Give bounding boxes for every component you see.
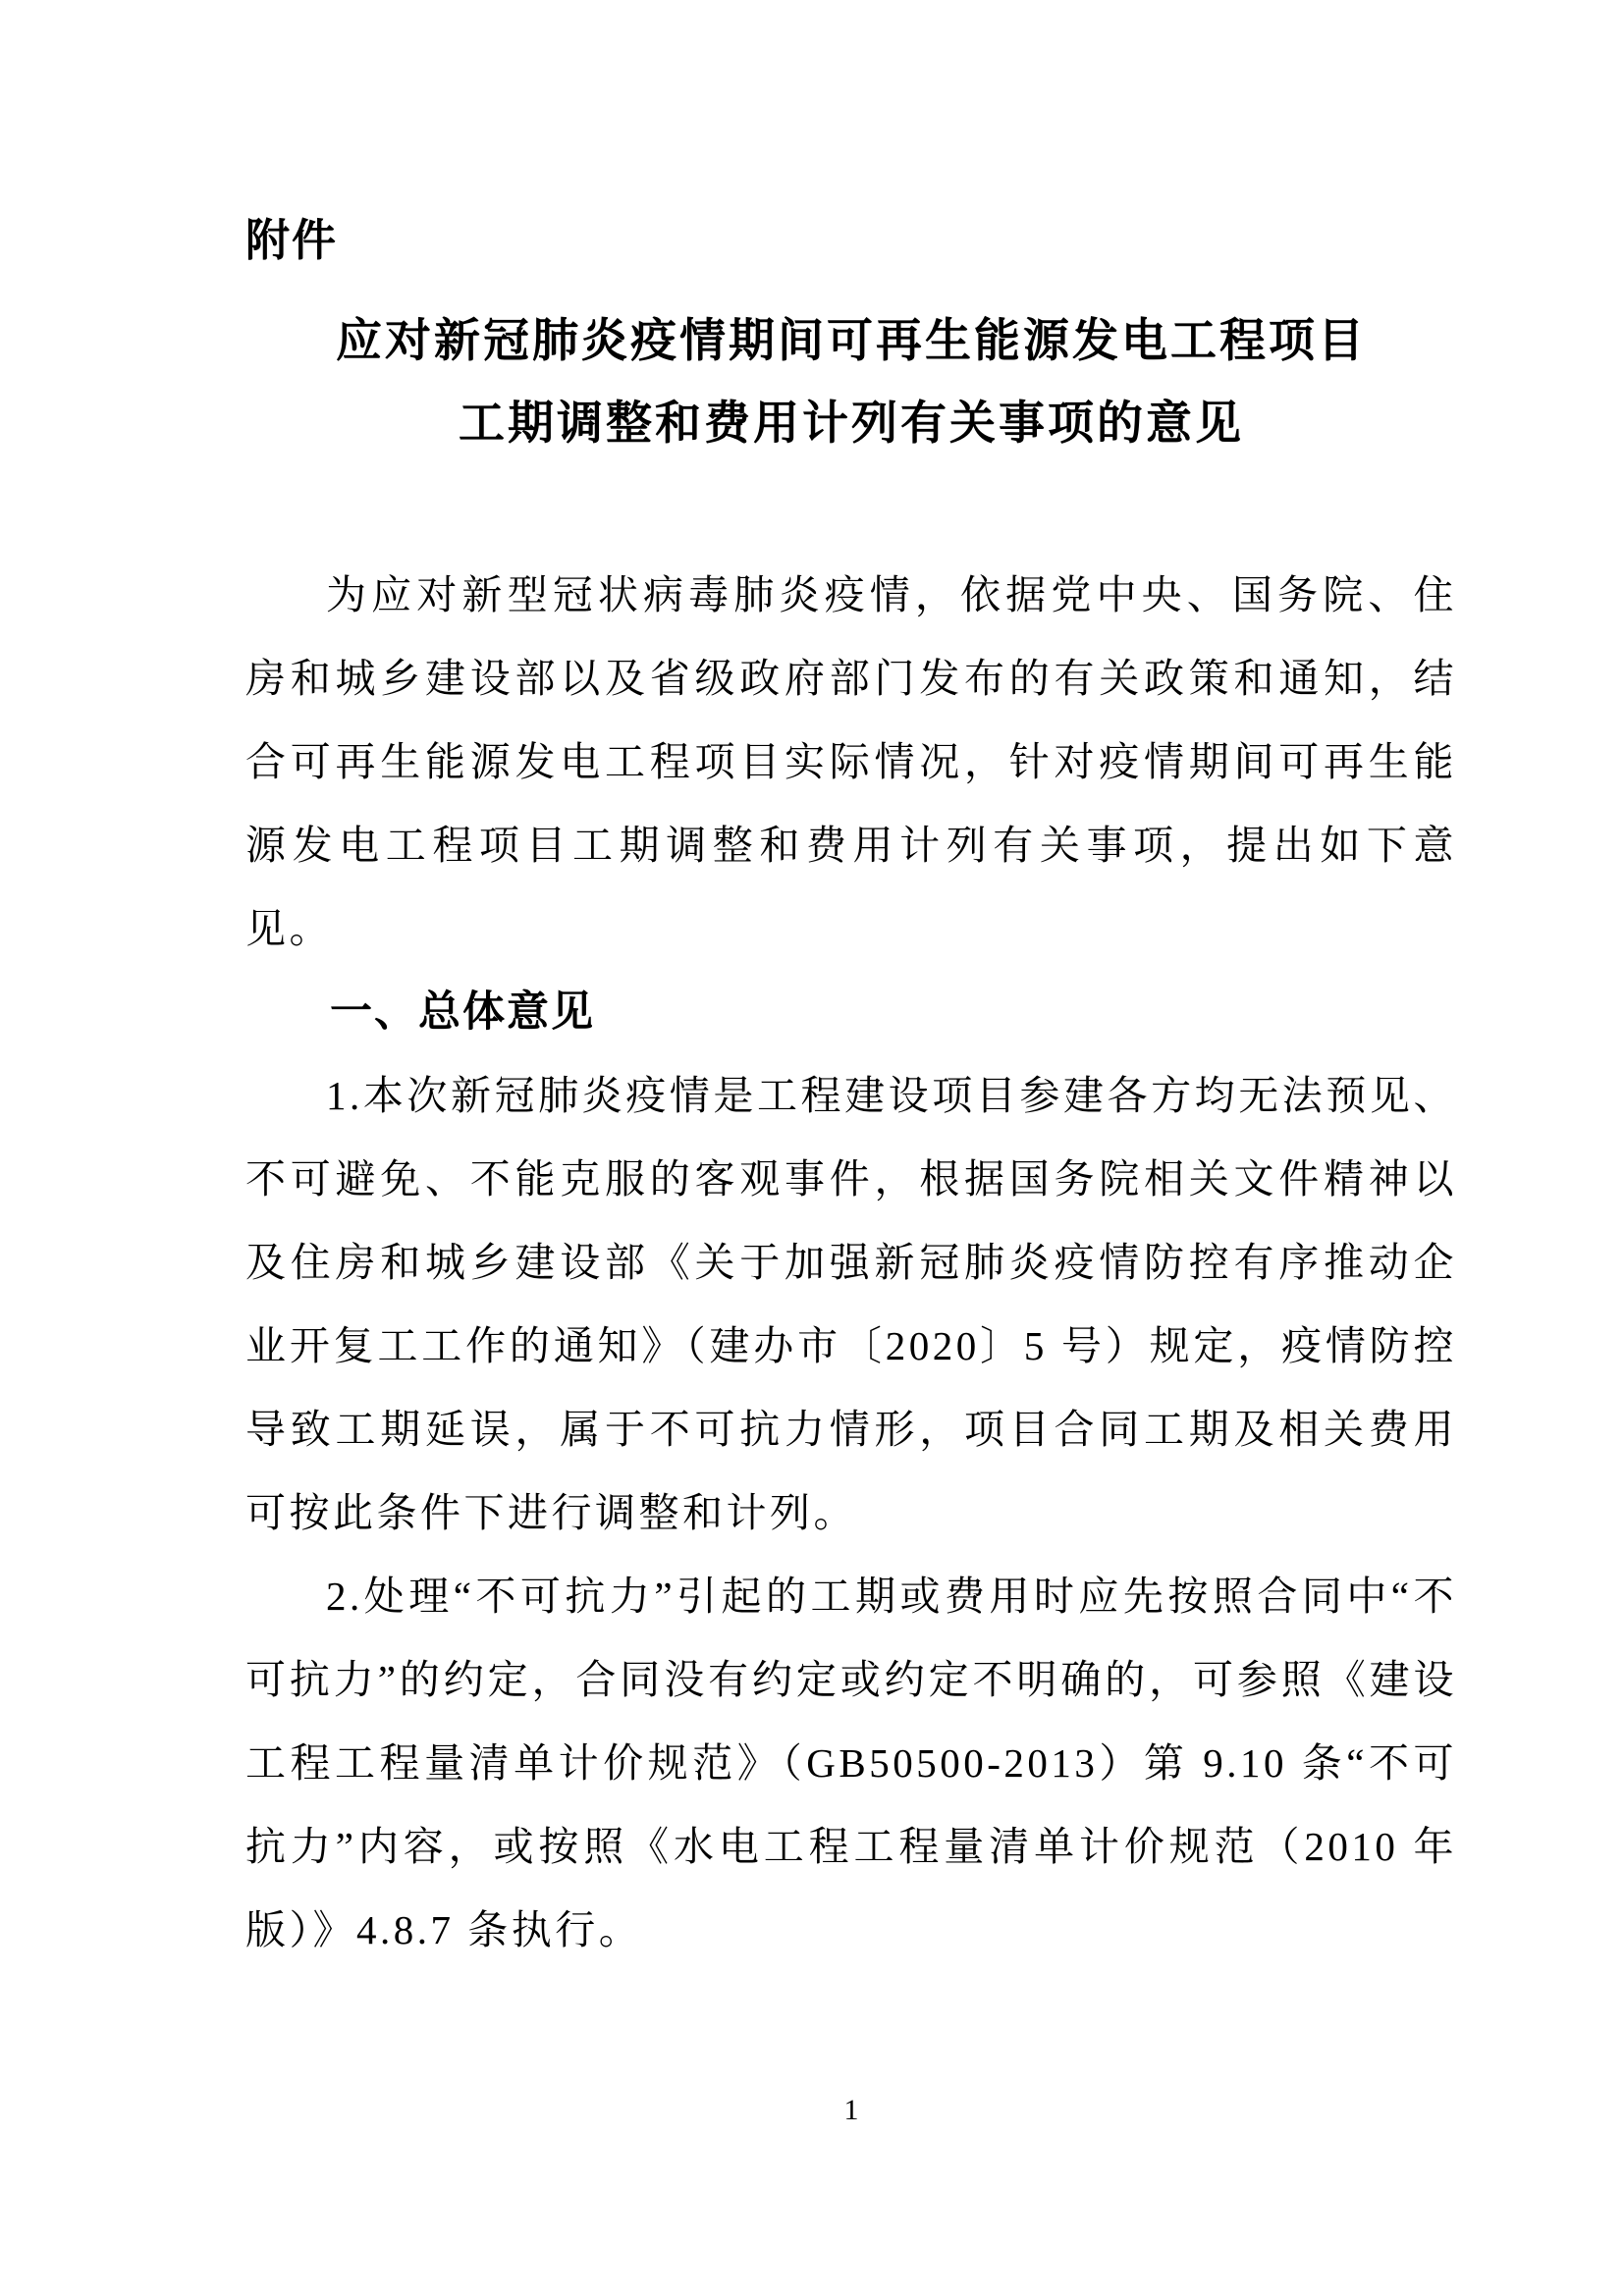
section-heading-general-opinions: 一、总体意见 — [245, 971, 1457, 1054]
page-number: 1 — [245, 2093, 1457, 2128]
document-page: 附件 应对新冠肺炎疫情期间可再生能源发电工程项目 工期调整和费用计列有关事项的意… — [0, 0, 1624, 2296]
item-1-paragraph: 1.本次新冠肺炎疫情是工程建设项目参建各方均无法预见、不可避免、不能克服的客观事… — [245, 1054, 1457, 1555]
document-title: 应对新冠肺炎疫情期间可再生能源发电工程项目 工期调整和费用计列有关事项的意见 — [245, 300, 1457, 465]
attachment-label: 附件 — [245, 216, 1457, 265]
document-content: 附件 应对新冠肺炎疫情期间可再生能源发电工程项目 工期调整和费用计列有关事项的意… — [245, 216, 1457, 1972]
intro-paragraph: 为应对新型冠状病毒肺炎疫情，依据党中央、国务院、住房和城乡建设部以及省级政府部门… — [245, 554, 1457, 971]
document-title-line-2: 工期调整和费用计列有关事项的意见 — [245, 383, 1457, 465]
document-title-line-1: 应对新冠肺炎疫情期间可再生能源发电工程项目 — [245, 300, 1457, 383]
item-2-paragraph: 2.处理“不可抗力”引起的工期或费用时应先按照合同中“不可抗力”的约定，合同没有… — [245, 1555, 1457, 1972]
